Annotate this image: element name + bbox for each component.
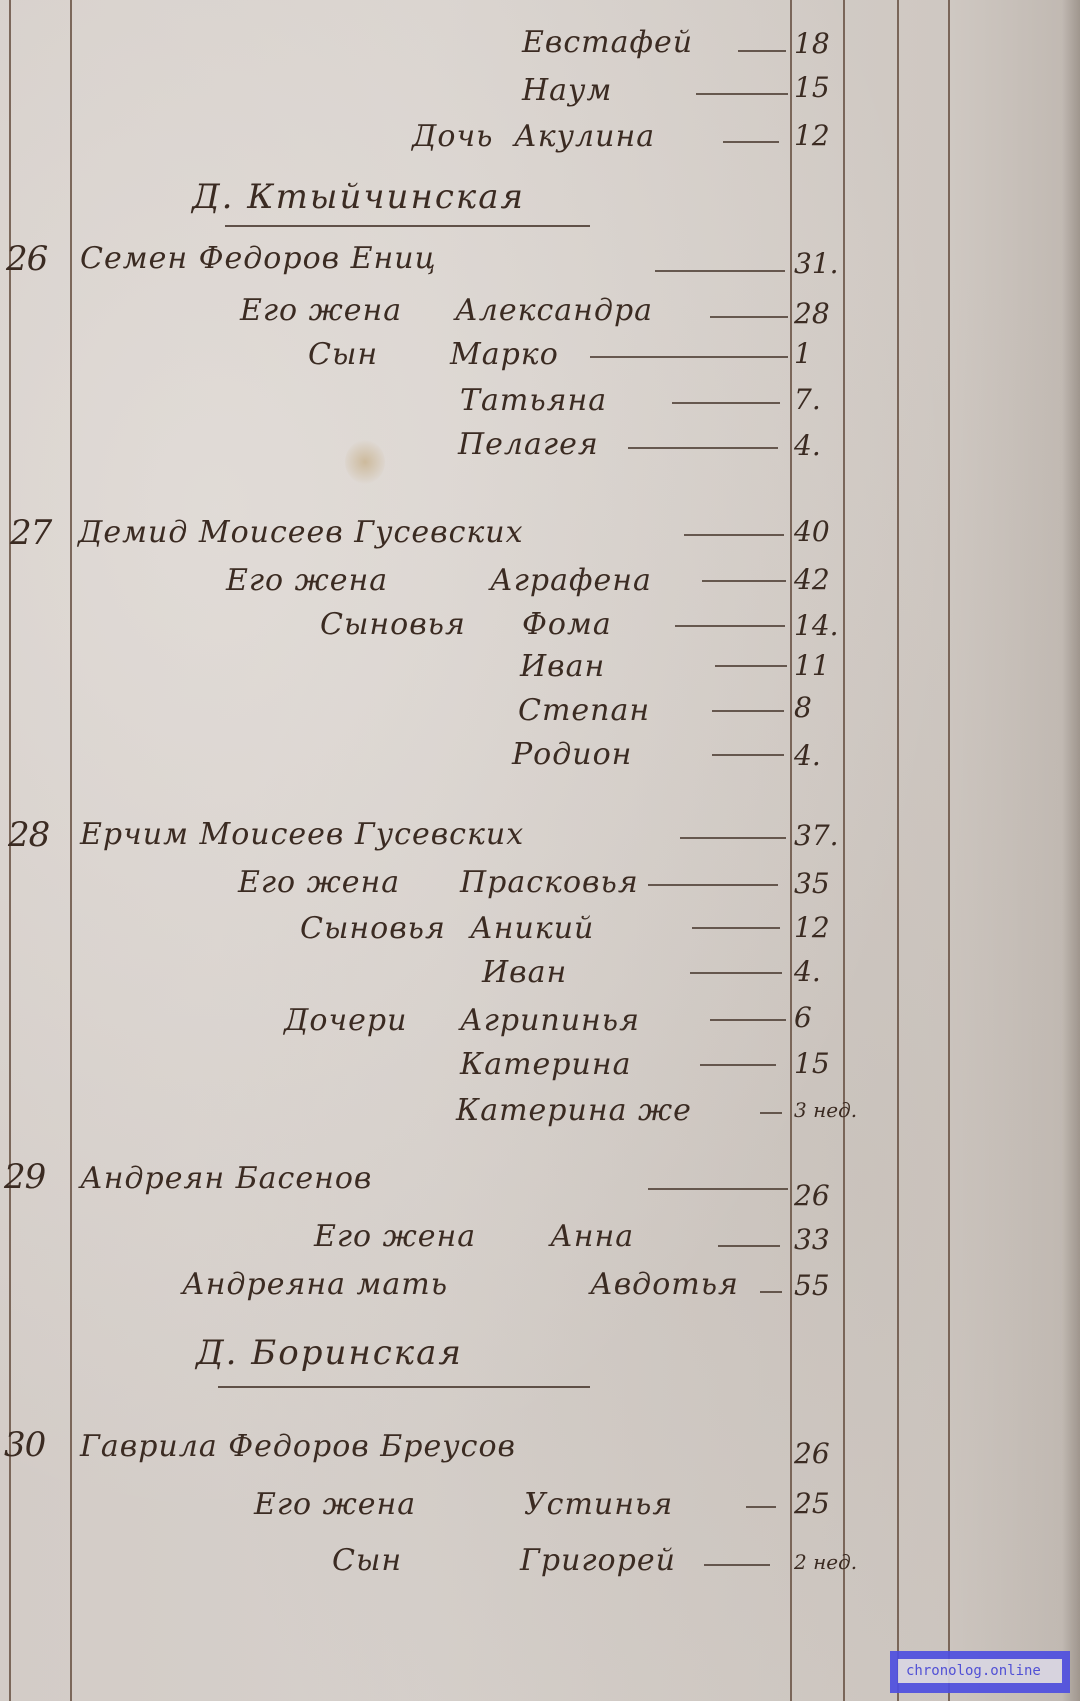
extra-column-rule-2	[948, 0, 950, 1701]
entry-name: Катерина же	[456, 1096, 692, 1126]
entry-age: 6	[794, 1004, 812, 1032]
entry-dash	[738, 50, 786, 52]
watermark-badge: chronolog.online	[890, 1651, 1070, 1693]
entry-dash	[718, 1245, 780, 1247]
village-heading-underline	[218, 1386, 590, 1388]
entry-dash	[692, 927, 780, 929]
household-number: 27	[10, 516, 51, 550]
entry-age: 35	[794, 870, 830, 898]
entry-dash	[690, 972, 782, 974]
village-heading: Д. Боринская	[196, 1336, 463, 1370]
entry-dash	[672, 402, 780, 404]
head-of-household-name: Семен Федоров Ениц	[80, 244, 437, 274]
entry-relation: Сын	[332, 1546, 402, 1576]
village-heading-underline	[225, 225, 590, 227]
household-number: 26	[6, 242, 47, 276]
number-column-rule	[70, 0, 72, 1701]
household-number: 28	[8, 818, 49, 852]
entry-dash	[712, 710, 784, 712]
entry-dash	[746, 1506, 776, 1508]
entry-name: Фома	[522, 610, 612, 640]
entry-name: Агрипинья	[460, 1006, 640, 1036]
entry-relation: Андреяна мать	[182, 1270, 448, 1300]
paper-stain	[345, 440, 385, 484]
head-of-household-name: Андреян Басенов	[80, 1164, 372, 1194]
entry-name: Аграфена	[490, 566, 652, 596]
entry-name: Аникий	[470, 914, 594, 944]
entry-dash	[760, 1291, 782, 1293]
entry-relation: Дочери	[284, 1006, 407, 1036]
entry-relation: Его жена	[226, 566, 388, 596]
entry-age: 7.	[794, 386, 821, 414]
entry-dash	[700, 1064, 776, 1066]
entry-name: Иван	[520, 652, 605, 682]
entry-age: 37.	[794, 822, 839, 850]
entry-name: Родион	[512, 740, 632, 770]
entry-age: 28	[794, 300, 830, 328]
household-number: 29	[4, 1160, 45, 1194]
age-column-rule-right	[843, 0, 845, 1701]
entry-name: Наум	[522, 76, 612, 106]
entry-age: 33	[794, 1226, 830, 1254]
page-edge-shadow	[1062, 0, 1080, 1701]
household-number: 30	[4, 1428, 45, 1462]
entry-relation: Сыновья	[300, 914, 446, 944]
entry-relation: Его жена	[314, 1222, 476, 1252]
entry-age: 4.	[794, 742, 821, 770]
entry-dash	[648, 1188, 788, 1190]
entry-age: 12	[794, 914, 830, 942]
entry-dash	[723, 141, 779, 143]
head-of-household-name: Гаврила Федоров Бреусов	[80, 1432, 516, 1462]
entry-relation: Дочь	[412, 122, 493, 152]
entry-name: Катерина	[460, 1050, 631, 1080]
entry-age: 26	[794, 1182, 830, 1210]
entry-dash	[675, 625, 785, 627]
entry-age: 1	[794, 340, 812, 368]
entry-name: Степан	[518, 696, 650, 726]
entry-name: Прасковья	[460, 868, 639, 898]
entry-age: 31.	[794, 250, 839, 278]
entry-age: 26	[794, 1440, 830, 1468]
entry-dash	[680, 837, 786, 839]
entry-name: Татьяна	[460, 386, 607, 416]
entry-age: 25	[794, 1490, 830, 1518]
entry-age: 15	[794, 74, 830, 102]
entry-age: 42	[794, 566, 830, 594]
entry-age: 4.	[794, 432, 821, 460]
entry-dash	[710, 316, 788, 318]
entry-dash	[628, 447, 778, 449]
entry-age: 18	[794, 30, 830, 58]
entry-dash	[704, 1564, 770, 1566]
entry-dash	[648, 884, 778, 886]
head-of-household-name: Демид Моисеев Гусевских	[78, 518, 524, 548]
entry-age: 12	[794, 122, 830, 150]
entry-age: 55	[794, 1272, 830, 1300]
entry-name: Александра	[455, 296, 653, 326]
entry-relation: Его жена	[240, 296, 402, 326]
head-of-household-name: Ерчим Моисеев Гусевских	[80, 820, 524, 850]
entry-age: 3 нед.	[794, 1100, 857, 1120]
entry-age: 11	[794, 652, 830, 680]
entry-dash	[715, 665, 787, 667]
entry-relation: Сыновья	[320, 610, 466, 640]
entry-name: Устинья	[524, 1490, 673, 1520]
entry-relation: Сын	[308, 340, 378, 370]
age-column-rule-left	[790, 0, 792, 1701]
entry-age: 8	[794, 694, 812, 722]
entry-dash	[760, 1112, 782, 1114]
watermark-text: chronolog.online	[898, 1659, 1062, 1683]
entry-name: Иван	[482, 958, 567, 988]
entry-relation: Его жена	[254, 1490, 416, 1520]
entry-name: Григорей	[520, 1546, 676, 1576]
entry-age: 40	[794, 518, 830, 546]
entry-name: Акулина	[514, 122, 655, 152]
entry-age: 14.	[794, 612, 839, 640]
entry-dash	[696, 93, 788, 95]
entry-dash	[702, 580, 786, 582]
entry-name: Авдотья	[590, 1270, 739, 1300]
entry-dash	[712, 754, 784, 756]
village-heading: Д. Ктыйчинская	[192, 180, 525, 214]
entry-relation: Его жена	[238, 868, 400, 898]
entry-dash	[710, 1019, 786, 1021]
entry-name: Марко	[450, 340, 559, 370]
entry-name: Пелагея	[458, 430, 599, 460]
extra-column-rule-1	[897, 0, 899, 1701]
document-page: Евстафей 18 Наум 15 Дочь Акулина 12 Д. К…	[0, 0, 1080, 1701]
entry-dash	[684, 534, 784, 536]
entry-name: Анна	[550, 1222, 634, 1252]
entry-age: 15	[794, 1050, 830, 1078]
entry-dash	[590, 356, 788, 358]
entry-age: 2 нед.	[794, 1552, 857, 1572]
entry-age: 4.	[794, 958, 821, 986]
entry-dash	[655, 270, 785, 272]
entry-name: Евстафей	[522, 28, 693, 58]
